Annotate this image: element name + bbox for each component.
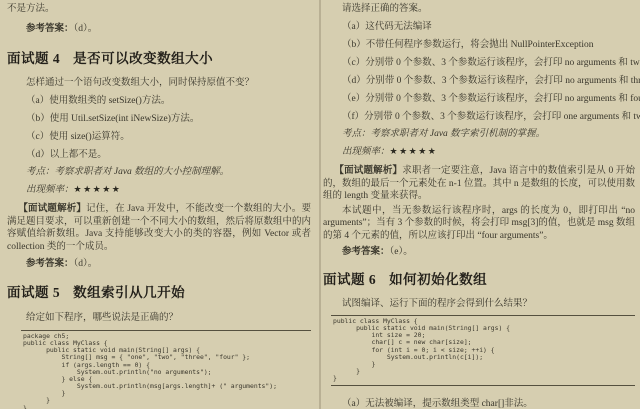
question4-option-c: （c）使用 size()运算符。 (7, 131, 311, 144)
star-rating: ★★★★★ (390, 146, 438, 156)
question5-text: 给定如下程序，哪些说法是正确的？ (7, 312, 311, 325)
question4-frequency: 出现频率：★★★★★ (7, 183, 311, 197)
question5-option-e: （e）分别带 0 个参数、3 个参数运行该程序，会打印 no arguments… (323, 93, 635, 106)
frequency-label: 出现频率： (342, 147, 390, 157)
question5-prompt: 请选择正确的答案。 (323, 3, 635, 16)
question4-answer: 参考答案：（d）。 (7, 258, 311, 271)
analysis-label: 【面试题解析】 (334, 166, 402, 176)
question5-option-f: （f）分别带 0 个参数、3 个参数运行该程序，会打印 one argument… (323, 111, 635, 124)
answer-label: 参考答案： (26, 24, 74, 34)
question5-option-a: （a）这代码无法编译 (323, 21, 635, 34)
star-rating: ★★★★★ (74, 184, 122, 194)
page-left: 不是方法。 参考答案：（d）。 面试题 4是否可以改变数组大小 怎样通过一个语句… (0, 0, 319, 409)
question5-title: 数组索引从几开始 (73, 285, 185, 300)
question4-exam-point: 考点：考察求职者对 Java 数组的大小控制理解。 (7, 166, 311, 179)
question5-exam-point: 考点：考察求职者对 Java 数字索引机制的掌握。 (323, 128, 635, 141)
question5-analysis-2: 本试题中，当无参数运行该程序时，args 的长度为 0，即打印出 “no arg… (323, 205, 635, 243)
question5-heading: 面试题 5数组索引从几开始 (7, 284, 311, 302)
question5-option-b: （b）不带任何程序参数运行，将会抛出 NullPointerException (323, 39, 635, 52)
question4-number: 面试题 4 (7, 51, 60, 66)
question6-number: 面试题 6 (323, 272, 376, 287)
analysis-label: 【面试题解析】 (18, 204, 86, 214)
question6-text: 试图编译、运行下面的程序会得到什么结果？ (323, 298, 635, 311)
question6-code-block: public class MyClass { public static voi… (331, 315, 635, 386)
question4-analysis: 【面试题解析】记住，在 Java 开发中，不能改变一个数组的大小。要满足题目要求… (7, 203, 311, 253)
answer-value: （d）。 (74, 24, 98, 34)
frequency-label: 出现频率： (26, 185, 74, 195)
question6-heading: 面试题 6如何初始化数组 (323, 271, 635, 289)
question5-frequency: 出现频率：★★★★★ (323, 145, 635, 159)
answer-value: （d）。 (74, 259, 98, 269)
question5-option-d: （d）分别带 0 个参数、3 个参数运行该程序，会打印 no arguments… (323, 75, 635, 88)
question4-heading: 面试题 4是否可以改变数组大小 (7, 50, 311, 68)
question5-option-c: （c）分别带 0 个参数、3 个参数运行该程序，会打印 no arguments… (323, 57, 635, 70)
question4-option-a: （a）使用数组类的 setSize()方法。 (7, 95, 311, 108)
question5-number: 面试题 5 (7, 285, 60, 300)
question4-title: 是否可以改变数组大小 (73, 51, 213, 66)
question4-option-d: （d）以上都不是。 (7, 149, 311, 162)
question5-code-block: package ch5; public class MyClass { publ… (21, 330, 311, 409)
question6-title: 如何初始化数组 (389, 272, 487, 287)
answer-line: 参考答案：（d）。 (7, 23, 311, 36)
answer-value: （e）。 (390, 247, 413, 257)
answer-label: 参考答案： (26, 259, 74, 269)
question4-text: 怎样通过一个语句改变数组大小，同时保持原值不变？ (7, 77, 311, 90)
page-right: 请选择正确的答案。 （a）这代码无法编译 （b）不带任何程序参数运行，将会抛出 … (321, 0, 640, 409)
question4-option-b: （b）使用 Util.setSize(int iNewSize)方法。 (7, 113, 311, 126)
question5-analysis: 【面试题解析】求职者一定要注意，Java 语言中的数值索引是从 0 开始的，数组… (323, 165, 635, 203)
carryover-text: 不是方法。 (7, 3, 311, 16)
document-spread: 不是方法。 参考答案：（d）。 面试题 4是否可以改变数组大小 怎样通过一个语句… (0, 0, 640, 409)
question6-option-a: （a）无法被编译，提示数组类型 char[]非法。 (323, 398, 635, 409)
question5-answer: 参考答案：（e）。 (323, 246, 635, 259)
answer-label: 参考答案： (342, 247, 390, 257)
